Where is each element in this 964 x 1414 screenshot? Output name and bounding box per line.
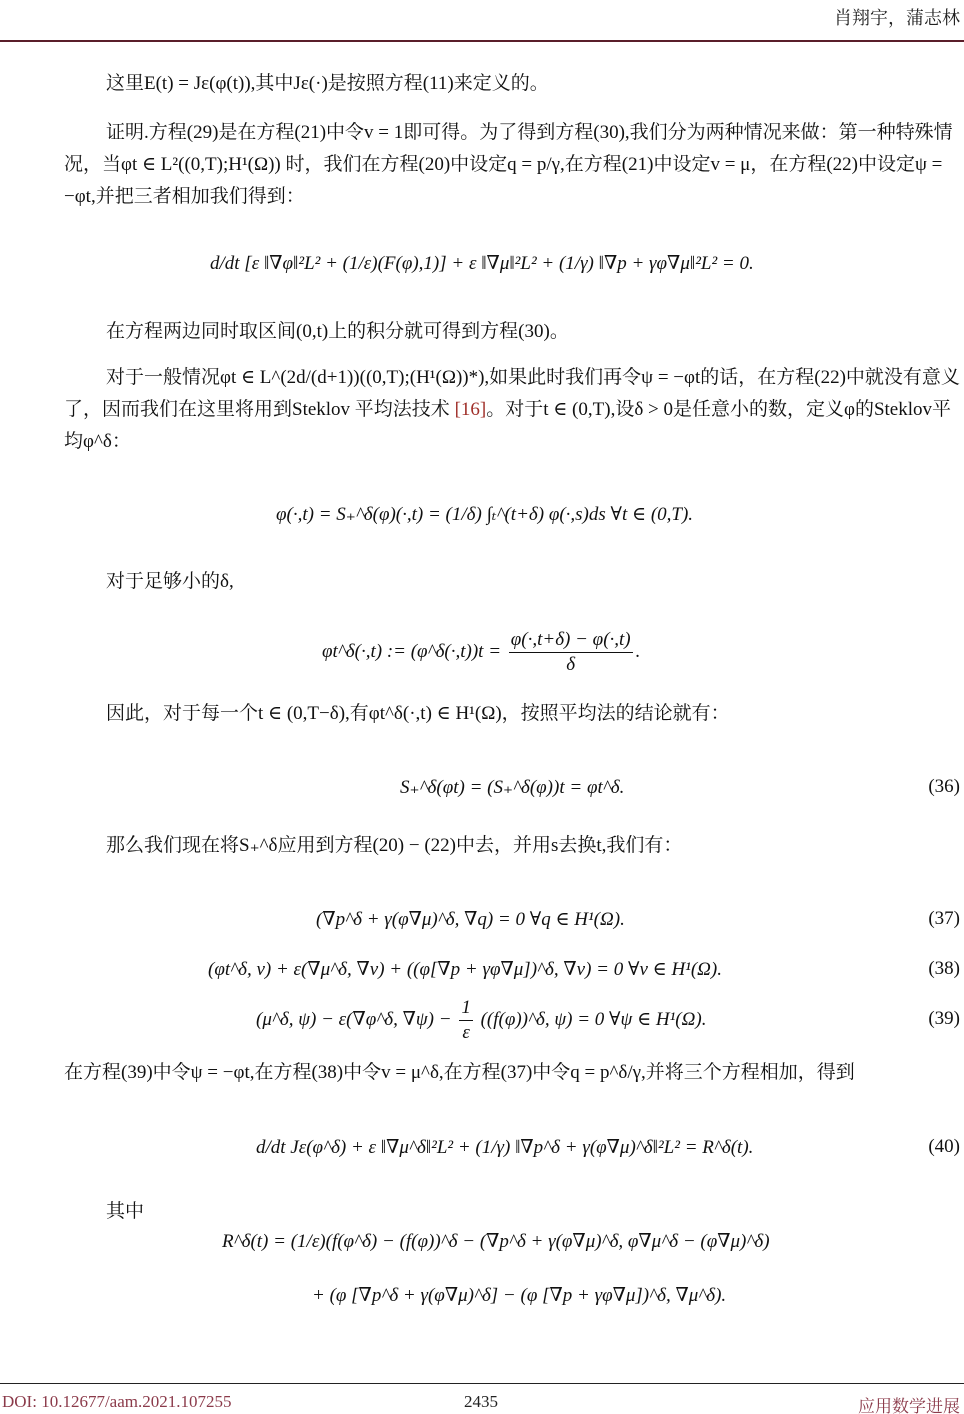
fraction-numerator: φ(·,t+δ) − φ(·,t): [509, 628, 633, 653]
equation-energy-left: d/dt [ε ‖∇φ‖²L² + (1/ε)(F(φ),1)]: [210, 253, 447, 274]
equation-number-37: (37): [928, 908, 960, 930]
equation-37: (∇p^δ + γ(φ∇μ)^δ, ∇q) = 0 ∀q ∈ H¹(Ω). (3…: [316, 908, 964, 931]
paragraph-small-delta: 对于足够小的δ,: [64, 566, 964, 598]
fraction-denominator: δ: [509, 653, 633, 677]
equation-steklov-average: φ(·,t) = S₊^δ(φ)(·,t) = (1/δ) ∫ₜ^(t+δ) φ…: [276, 503, 693, 526]
header-rule: [0, 40, 964, 42]
footer-rule: [0, 1383, 964, 1384]
equation-remainder-line1: R^δ(t) = (1/ε)(f(φ^δ) − (f(φ))^δ − (∇p^δ…: [222, 1230, 770, 1253]
equation-difference-quotient: φt^δ(·,t) := (φ^δ(·,t))t = φ(·,t+δ) − φ(…: [322, 628, 640, 677]
equation-39-fraction: 1 ε: [459, 996, 473, 1045]
fraction-denominator: ε: [459, 1021, 473, 1045]
paragraph-integral: 在方程两边同时取区间(0,t)上的积分就可得到方程(30)。: [64, 316, 964, 348]
footer-doi-link[interactable]: DOI: 10.12677/aam.2021.107255: [2, 1392, 231, 1412]
equation-energy: d/dt [ε ‖∇φ‖²L² + (1/ε)(F(φ),1)] + ε ‖∇μ…: [210, 252, 754, 275]
footer-page-number: 2435: [464, 1392, 498, 1412]
citation-link[interactable]: [16]: [455, 399, 487, 420]
equation-38-body: (φt^δ, v) + ε(∇μ^δ, ∇v) + ((φ[∇p + γφ∇μ]…: [208, 959, 722, 980]
equation-37-body: (∇p^δ + γ(φ∇μ)^δ, ∇q) = 0 ∀q ∈ H¹(Ω).: [316, 909, 625, 930]
equation-39-left: (μ^δ, ψ) − ε(∇φ^δ, ∇ψ) −: [256, 1009, 452, 1030]
paragraph-general-case: 对于一般情况φt ∈ L^(2d/(d+1))((0,T);(H¹(Ω))*),…: [64, 362, 964, 458]
equation-38: (φt^δ, v) + ε(∇μ^δ, ∇v) + ((φ[∇p + γφ∇μ]…: [208, 958, 964, 981]
equation-36: S₊^δ(φt) = (S₊^δ(φ))t = φt^δ. (36): [400, 776, 964, 799]
equation-39: (μ^δ, ψ) − ε(∇φ^δ, ∇ψ) − 1 ε ((f(φ))^δ, …: [256, 996, 964, 1045]
footer-journal-name: 应用数学进展: [858, 1392, 960, 1414]
paragraph-therefore: 因此，对于每一个t ∈ (0,T−δ),有φt^δ(·,t) ∈ H¹(Ω)，按…: [64, 698, 964, 730]
paragraph-proof: 证明.方程(29)是在方程(21)中令v = 1即可得。为了得到方程(30),我…: [64, 117, 964, 213]
equation-40: d/dt Jε(φ^δ) + ε ‖∇μ^δ‖²L² + (1/γ) ‖∇p^δ…: [256, 1136, 964, 1159]
equation-remainder-line2: + (φ [∇p^δ + γ(φ∇μ)^δ] − (φ [∇p + γφ∇μ])…: [312, 1284, 726, 1307]
equation-number-36: (36): [928, 776, 960, 798]
paragraph-substitution: 在方程(39)中令ψ = −φt,在方程(38)中令v = μ^δ,在方程(37…: [64, 1057, 964, 1089]
paragraph-definition: 这里E(t) = Jε(φ(t)),其中Jε(·)是按照方程(11)来定义的。: [64, 68, 964, 100]
equation-period: .: [636, 641, 641, 662]
equation-number-40: (40): [928, 1136, 960, 1158]
fraction-numerator: 1: [459, 996, 473, 1021]
definition-text: 这里E(t) = Jε(φ(t)),其中Jε(·)是按照方程(11)来定义的。: [106, 73, 549, 94]
paragraph-apply: 那么我们现在将S₊^δ应用到方程(20) − (22)中去，并用s去换t,我们有…: [64, 830, 964, 862]
equation-number-39: (39): [928, 1008, 960, 1030]
equation-40-body: d/dt Jε(φ^δ) + ε ‖∇μ^δ‖²L² + (1/γ) ‖∇p^δ…: [256, 1137, 753, 1158]
equation-36-body: S₊^δ(φt) = (S₊^δ(φ))t = φt^δ.: [400, 777, 624, 798]
equation-number-38: (38): [928, 958, 960, 980]
equation-energy-right: + ε ‖∇μ‖²L² + (1/γ) ‖∇p + γφ∇μ‖²L² = 0.: [451, 253, 753, 274]
difference-quotient-left: φt^δ(·,t) := (φ^δ(·,t))t =: [322, 641, 501, 662]
paragraph-where: 其中: [64, 1196, 964, 1228]
difference-quotient-fraction: φ(·,t+δ) − φ(·,t) δ: [509, 628, 633, 677]
header-authors: 肖翔宇，蒲志林: [834, 4, 960, 30]
equation-39-right: ((f(φ))^δ, ψ) = 0 ∀ψ ∈ H¹(Ω).: [481, 1009, 707, 1030]
